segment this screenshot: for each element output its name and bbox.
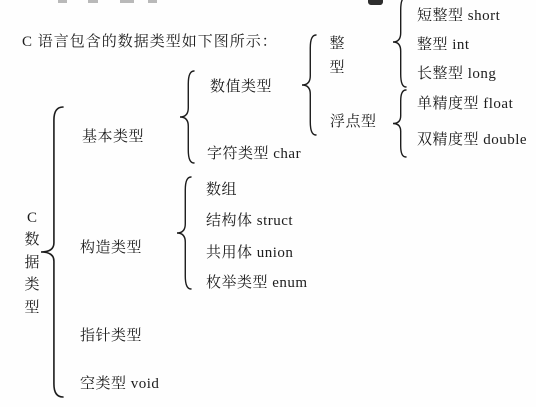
cut-off-text-artifact — [58, 0, 67, 3]
numeric-types-brace — [301, 34, 317, 136]
diagram-page: C 语言包含的数据类型如下图所示： C 数 据 类 型 基本类型 构造类型 指针… — [0, 0, 536, 407]
node-int: 整型 int — [417, 37, 470, 54]
node-long-int: 长整型 long — [417, 66, 496, 83]
node-double: 双精度型 double — [417, 132, 527, 149]
node-construct-type: 构造类型 — [80, 240, 142, 257]
node-enum: 枚举类型 enum — [206, 275, 308, 292]
node-char-type: 字符类型 char — [207, 146, 301, 163]
node-void-type: 空类型 void — [80, 376, 159, 393]
node-pointer-type: 指针类型 — [80, 328, 142, 345]
root-brace — [40, 106, 64, 398]
node-float-type: 浮点型 — [330, 114, 377, 131]
node-integer-type: 整 型 — [327, 32, 347, 80]
basic-types-brace — [179, 70, 195, 164]
float-types-brace — [392, 89, 407, 158]
node-array: 数组 — [206, 182, 237, 199]
cut-off-text-artifact — [368, 0, 383, 5]
integer-types-brace — [392, 0, 407, 88]
cut-off-text-artifact — [88, 0, 98, 3]
node-struct: 结构体 struct — [206, 213, 293, 230]
node-union: 共用体 union — [206, 245, 293, 262]
cut-off-text-artifact — [148, 0, 157, 3]
construct-types-brace — [176, 176, 192, 290]
node-basic-type: 基本类型 — [82, 129, 144, 146]
node-short-int: 短整型 short — [417, 8, 500, 25]
node-numeric-type: 数值类型 — [210, 79, 272, 96]
diagram-caption: C 语言包含的数据类型如下图所示： — [22, 30, 278, 51]
cut-off-text-artifact — [120, 0, 134, 3]
node-float-single: 单精度型 float — [417, 96, 513, 113]
